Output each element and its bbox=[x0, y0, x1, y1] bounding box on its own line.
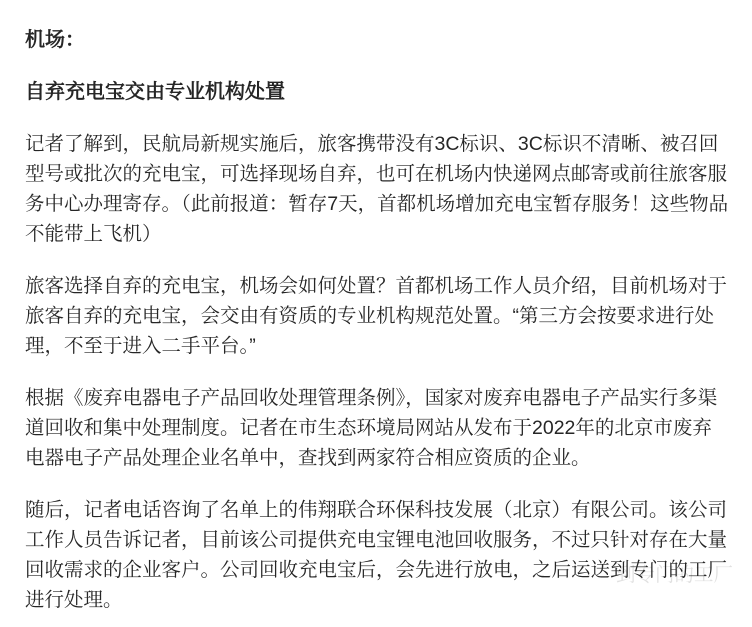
section-label: 机场： bbox=[25, 25, 730, 55]
article-content: 机场： 自弃充电宝交由专业机构处置 记者了解到，民航局新规实施后，旅客携带没有3… bbox=[0, 0, 752, 615]
paragraph-company-interview: 随后，记者电话咨询了名单上的伟翔联合环保科技发展（北京）有限公司。该公司工作人员… bbox=[25, 495, 730, 615]
paragraph-regulation-options: 记者了解到，民航局新规实施后，旅客携带没有3C标识、3C标识不清晰、被召回型号或… bbox=[25, 129, 730, 249]
paragraph-recycling-policy: 根据《废弃电器电子产品回收处理管理条例》，国家对废弃电器电子产品实行多渠道回收和… bbox=[25, 383, 730, 473]
article-heading: 自弃充电宝交由专业机构处置 bbox=[25, 77, 730, 107]
paragraph-airport-disposal: 旅客选择自弃的充电宝，机场会如何处置？首都机场工作人员介绍，目前机场对于旅客自弃… bbox=[25, 271, 730, 361]
article-page: 机场： 自弃充电宝交由专业机构处置 记者了解到，民航局新规实施后，旅客携带没有3… bbox=[0, 0, 752, 627]
